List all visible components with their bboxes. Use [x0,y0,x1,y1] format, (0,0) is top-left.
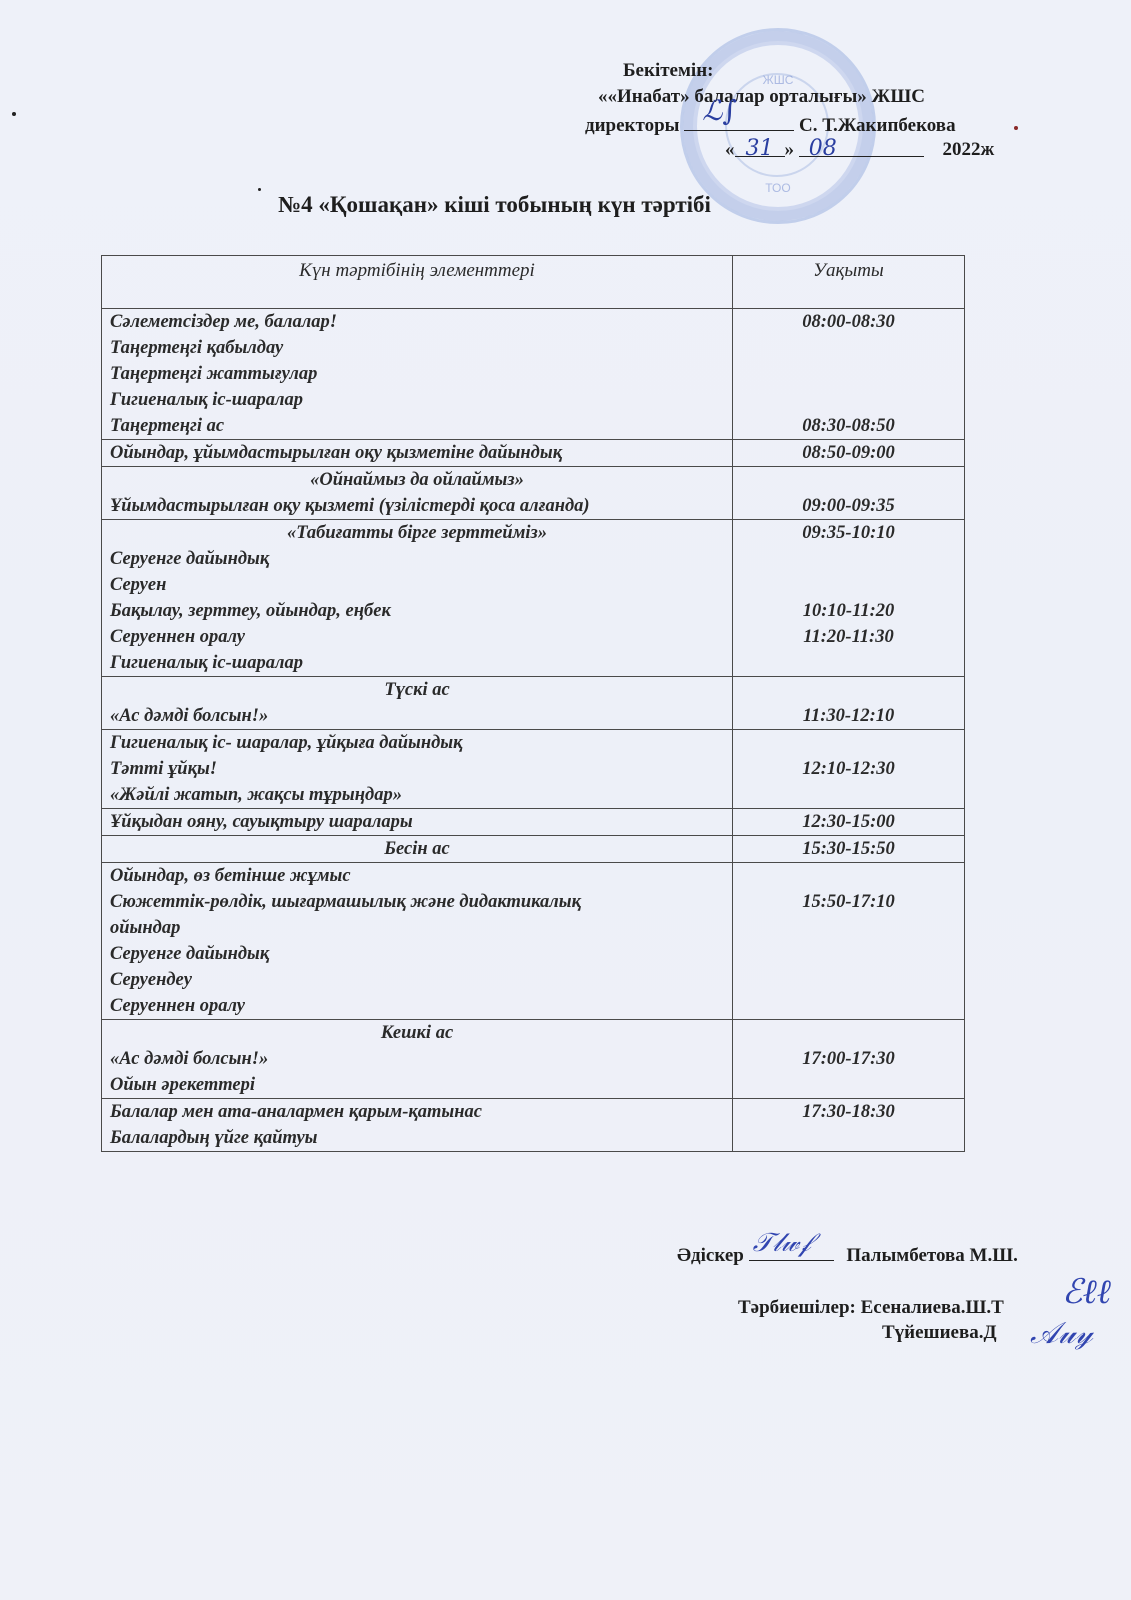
date-day: 31 [746,136,774,161]
activity-cell: Ұйқыдан ояну, сауықтыру шаралары [102,809,733,836]
teachers-line-1: Тәрбиешілер: Есеналиева.Ш.Т [738,1297,1004,1319]
time-range [741,863,956,889]
time-range: 08:30-08:50 [741,413,956,439]
activity-text: Серуеннен оралу [110,993,724,1019]
time-range: 11:30-12:10 [741,703,956,729]
approval-date-line: «31» 08 2022ж [725,136,994,163]
date-close-quote: » [785,139,795,160]
time-cell: 17:00-17:30 [733,1020,965,1099]
column-header-elements: Күн тәртібінің элементтері [102,256,733,309]
date-month-field: 08 [799,136,924,157]
scan-speck [12,112,16,116]
time-cell: 08:50-09:00 [733,440,965,467]
stamp-text-bottom: ТОО [683,181,873,195]
approval-director-line: директоры ℒ∫ С. Т.Жакипбекова [585,110,956,139]
time-cell: 17:30-18:30 [733,1099,965,1152]
time-range: 09:35-10:10 [741,520,956,546]
approval-organization: ««Инабат» балалар орталығы» ЖШС [598,84,925,110]
time-cell: 08:00-08:30 08:30-08:50 [733,309,965,440]
activity-text: ойындар [110,915,724,941]
activity-text: Сюжеттік-рөлдік, шығармашылық және дидак… [110,889,724,915]
activity-text: «Табиғатты бірге зерттейміз» [110,520,724,546]
activity-text: Таңертеңгі қабылдау [110,335,724,361]
time-cell: 12:30-15:00 [733,809,965,836]
page-title: №4 «Қошақан» кіші тобының күн тәртібі [278,192,711,218]
activity-cell: Сәлеметсіздер ме, балалар!Таңертеңгі қаб… [102,309,733,440]
table-row: «Табиғатты бірге зерттейміз»Серуенге дай… [102,520,965,677]
activity-text: Гигиеналық іс- шаралар, ұйқыға дайындық [110,730,724,756]
activity-cell: Бесін ас [102,836,733,863]
table-row: «Ойнаймыз да ойлаймыз»Ұйымдастырылған оқ… [102,467,965,520]
time-range [741,677,956,703]
activity-text: Серуендеу [110,967,724,993]
column-header-time: Уақыты [733,256,965,309]
activity-text: «Ас дәмді болсын!» [110,703,724,729]
schedule-body: Сәлеметсіздер ме, балалар!Таңертеңгі қаб… [102,309,965,1152]
scan-speck [1014,126,1018,130]
time-range [741,572,956,598]
approval-heading: Бекітемін: [623,58,713,84]
time-range: 12:30-15:00 [741,809,956,835]
activity-text: Серуеннен оралу [110,624,724,650]
table-row: Ойындар, ұйымдастырылған оқу қызметіне д… [102,440,965,467]
table-row: Бесін ас15:30-15:50 [102,836,965,863]
teachers-label: Тәрбиешілер: [738,1297,856,1318]
activity-text: Таңертеңгі ас [110,413,724,439]
director-label: директоры [585,115,680,136]
table-row: Сәлеметсіздер ме, балалар!Таңертеңгі қаб… [102,309,965,440]
activity-text: Түскі ас [110,677,724,703]
time-range [741,1020,956,1046]
teachers-line-2: Түйешиева.Д [882,1322,997,1344]
time-range [741,650,956,676]
activity-cell: Гигиеналық іс- шаралар, ұйқыға дайындықТ… [102,730,733,809]
time-range [741,967,956,993]
activity-text: Серуенге дайындық [110,546,724,572]
time-range [741,1125,956,1151]
time-cell: 11:30-12:10 [733,677,965,730]
date-year: 2022ж [943,139,995,160]
activity-cell: Ойындар, өз бетінше жұмысСюжеттік-рөлдік… [102,863,733,1020]
activity-cell: Кешкі ас«Ас дәмді болсын!»Ойын әрекеттер… [102,1020,733,1099]
methodist-signature-field: 𝒯𝓁𝓌𝒻 [749,1242,834,1261]
document-page: ЖШС ТОО Бекітемін: ««Инабат» балалар орт… [0,0,1131,1600]
time-range: 08:00-08:30 [741,309,956,335]
activity-text: Ұйымдастырылған оқу қызметі (үзілістерді… [110,493,724,519]
activity-text: Тәтті ұйқы! [110,756,724,782]
director-signature-line: ℒ∫ [684,110,794,131]
time-cell: 09:00-09:35 [733,467,965,520]
time-range [741,1072,956,1098]
activity-text: Гигиеналық іс-шаралар [110,387,724,413]
date-month: 08 [809,136,837,161]
teacher-1-signature-icon: ℰℓℓ [1062,1272,1111,1312]
time-range [741,782,956,808]
activity-text: Таңертеңгі жаттығулар [110,361,724,387]
table-row: Кешкі ас«Ас дәмді болсын!»Ойын әрекеттер… [102,1020,965,1099]
teacher-2-signature-icon: 𝒜𝓊𝓎 [1030,1316,1093,1351]
time-range: 10:10-11:20 [741,598,956,624]
activity-text: «Ойнаймыз да ойлаймыз» [110,467,724,493]
table-header-row: Күн тәртібінің элементтері Уақыты [102,256,965,309]
time-range [741,993,956,1019]
table-row: Түскі ас«Ас дәмді болсын!» 11:30-12:10 [102,677,965,730]
activity-text: Бақылау, зерттеу, ойындар, еңбек [110,598,724,624]
activity-cell: Ойындар, ұйымдастырылған оқу қызметіне д… [102,440,733,467]
director-signature-icon: ℒ∫ [702,98,737,124]
time-range [741,387,956,413]
time-range [741,546,956,572]
activity-text: Серуен [110,572,724,598]
director-name: С. Т.Жакипбекова [799,115,956,136]
scan-speck [258,188,261,191]
date-day-field: 31 [735,136,785,157]
date-open-quote: « [725,139,735,160]
table-row: Балалар мен ата-аналармен қарым-қатынасБ… [102,1099,965,1152]
time-cell: 09:35-10:10 10:10-11:2011:20-11:30 [733,520,965,677]
time-range: 15:30-15:50 [741,836,956,862]
table-row: Ұйқыдан ояну, сауықтыру шаралары12:30-15… [102,809,965,836]
schedule-table: Күн тәртібінің элементтері Уақыты Сәлеме… [101,255,965,1152]
activity-cell: Балалар мен ата-аналармен қарым-қатынасБ… [102,1099,733,1152]
time-range [741,335,956,361]
activity-text: Гигиеналық іс-шаралар [110,650,724,676]
activity-text: Балалар мен ата-аналармен қарым-қатынас [110,1099,724,1125]
time-range: 11:20-11:30 [741,624,956,650]
time-range: 17:00-17:30 [741,1046,956,1072]
activity-text: Ұйқыдан ояну, сауықтыру шаралары [110,809,724,835]
time-range [741,915,956,941]
time-range [741,361,956,387]
time-range: 08:50-09:00 [741,440,956,466]
table-row: Ойындар, өз бетінше жұмысСюжеттік-рөлдік… [102,863,965,1020]
time-range: 15:50-17:10 [741,889,956,915]
table-row: Гигиеналық іс- шаралар, ұйқыға дайындықТ… [102,730,965,809]
time-range: 17:30-18:30 [741,1099,956,1125]
methodist-signature-icon: 𝒯𝓁𝓌𝒻 [753,1228,811,1259]
time-range: 09:00-09:35 [741,493,956,519]
activity-text: Ойындар, ұйымдастырылған оқу қызметіне д… [110,440,724,466]
activity-cell: «Табиғатты бірге зерттейміз»Серуенге дай… [102,520,733,677]
activity-text: «Жәйлі жатып, жақсы тұрыңдар» [110,782,724,808]
activity-text: Ойын әрекеттері [110,1072,724,1098]
time-cell: 12:10-12:30 [733,730,965,809]
activity-text: Балалардың үйге қайтуы [110,1125,724,1151]
methodist-label: Әдіскер [677,1245,744,1266]
teacher-2-name: Түйешиева.Д [882,1322,997,1343]
time-range [741,941,956,967]
time-cell: 15:50-17:10 [733,863,965,1020]
activity-text: Бесін ас [110,836,724,862]
activity-cell: «Ойнаймыз да ойлаймыз»Ұйымдастырылған оқ… [102,467,733,520]
activity-text: Кешкі ас [110,1020,724,1046]
teacher-1-name: Есеналиева.Ш.Т [861,1297,1004,1318]
time-range [741,730,956,756]
activity-text: «Ас дәмді болсын!» [110,1046,724,1072]
time-range: 12:10-12:30 [741,756,956,782]
time-range [741,467,956,493]
activity-cell: Түскі ас«Ас дәмді болсын!» [102,677,733,730]
activity-text: Ойындар, өз бетінше жұмыс [110,863,724,889]
activity-text: Сәлеметсіздер ме, балалар! [110,309,724,335]
methodist-signature-line: Әдіскер 𝒯𝓁𝓌𝒻 Палымбетова М.Ш. [677,1242,1018,1267]
methodist-name: Палымбетова М.Ш. [846,1245,1017,1266]
time-cell: 15:30-15:50 [733,836,965,863]
activity-text: Серуенге дайындық [110,941,724,967]
